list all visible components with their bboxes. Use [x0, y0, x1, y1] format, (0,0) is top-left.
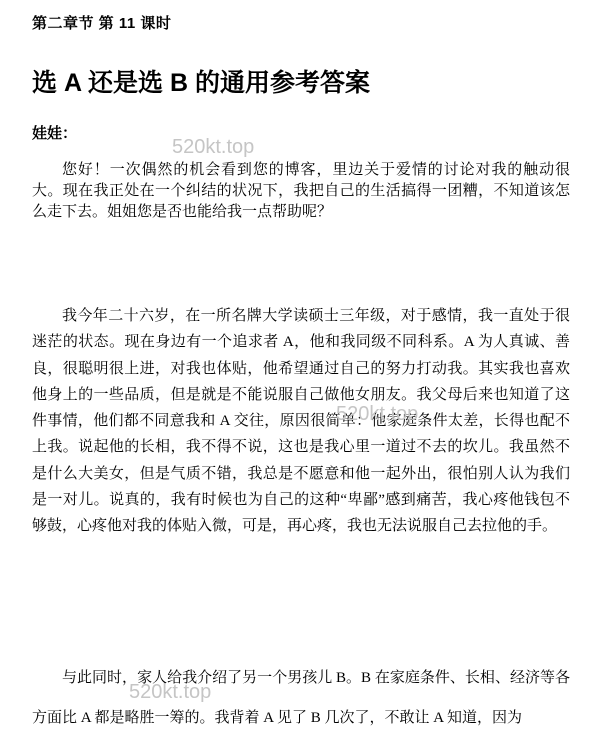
paragraph-second-suitor: 与此同时，家人给我介绍了另一个男孩儿 B。B 在家庭条件、长相、经济等各方面比 … [32, 658, 570, 738]
watermark-top: 520kt.top [172, 136, 254, 159]
document-page: 第二章节 第 11 课时 选 A 还是选 B 的通用参考答案 娃娃： 您好！一次… [0, 0, 600, 753]
salutation: 娃娃： [32, 122, 77, 143]
chapter-header: 第二章节 第 11 课时 [32, 12, 171, 33]
paragraph-story: 我今年二十六岁，在一所名牌大学读硕士三年级，对于感情，我一直处于很迷茫的状态。现… [32, 303, 570, 540]
paragraph-intro: 您好！一次偶然的机会看到您的博客，里边关于爱情的讨论对我的触动很大。现在我正处在… [32, 160, 570, 223]
page-title: 选 A 还是选 B 的通用参考答案 [32, 63, 370, 99]
